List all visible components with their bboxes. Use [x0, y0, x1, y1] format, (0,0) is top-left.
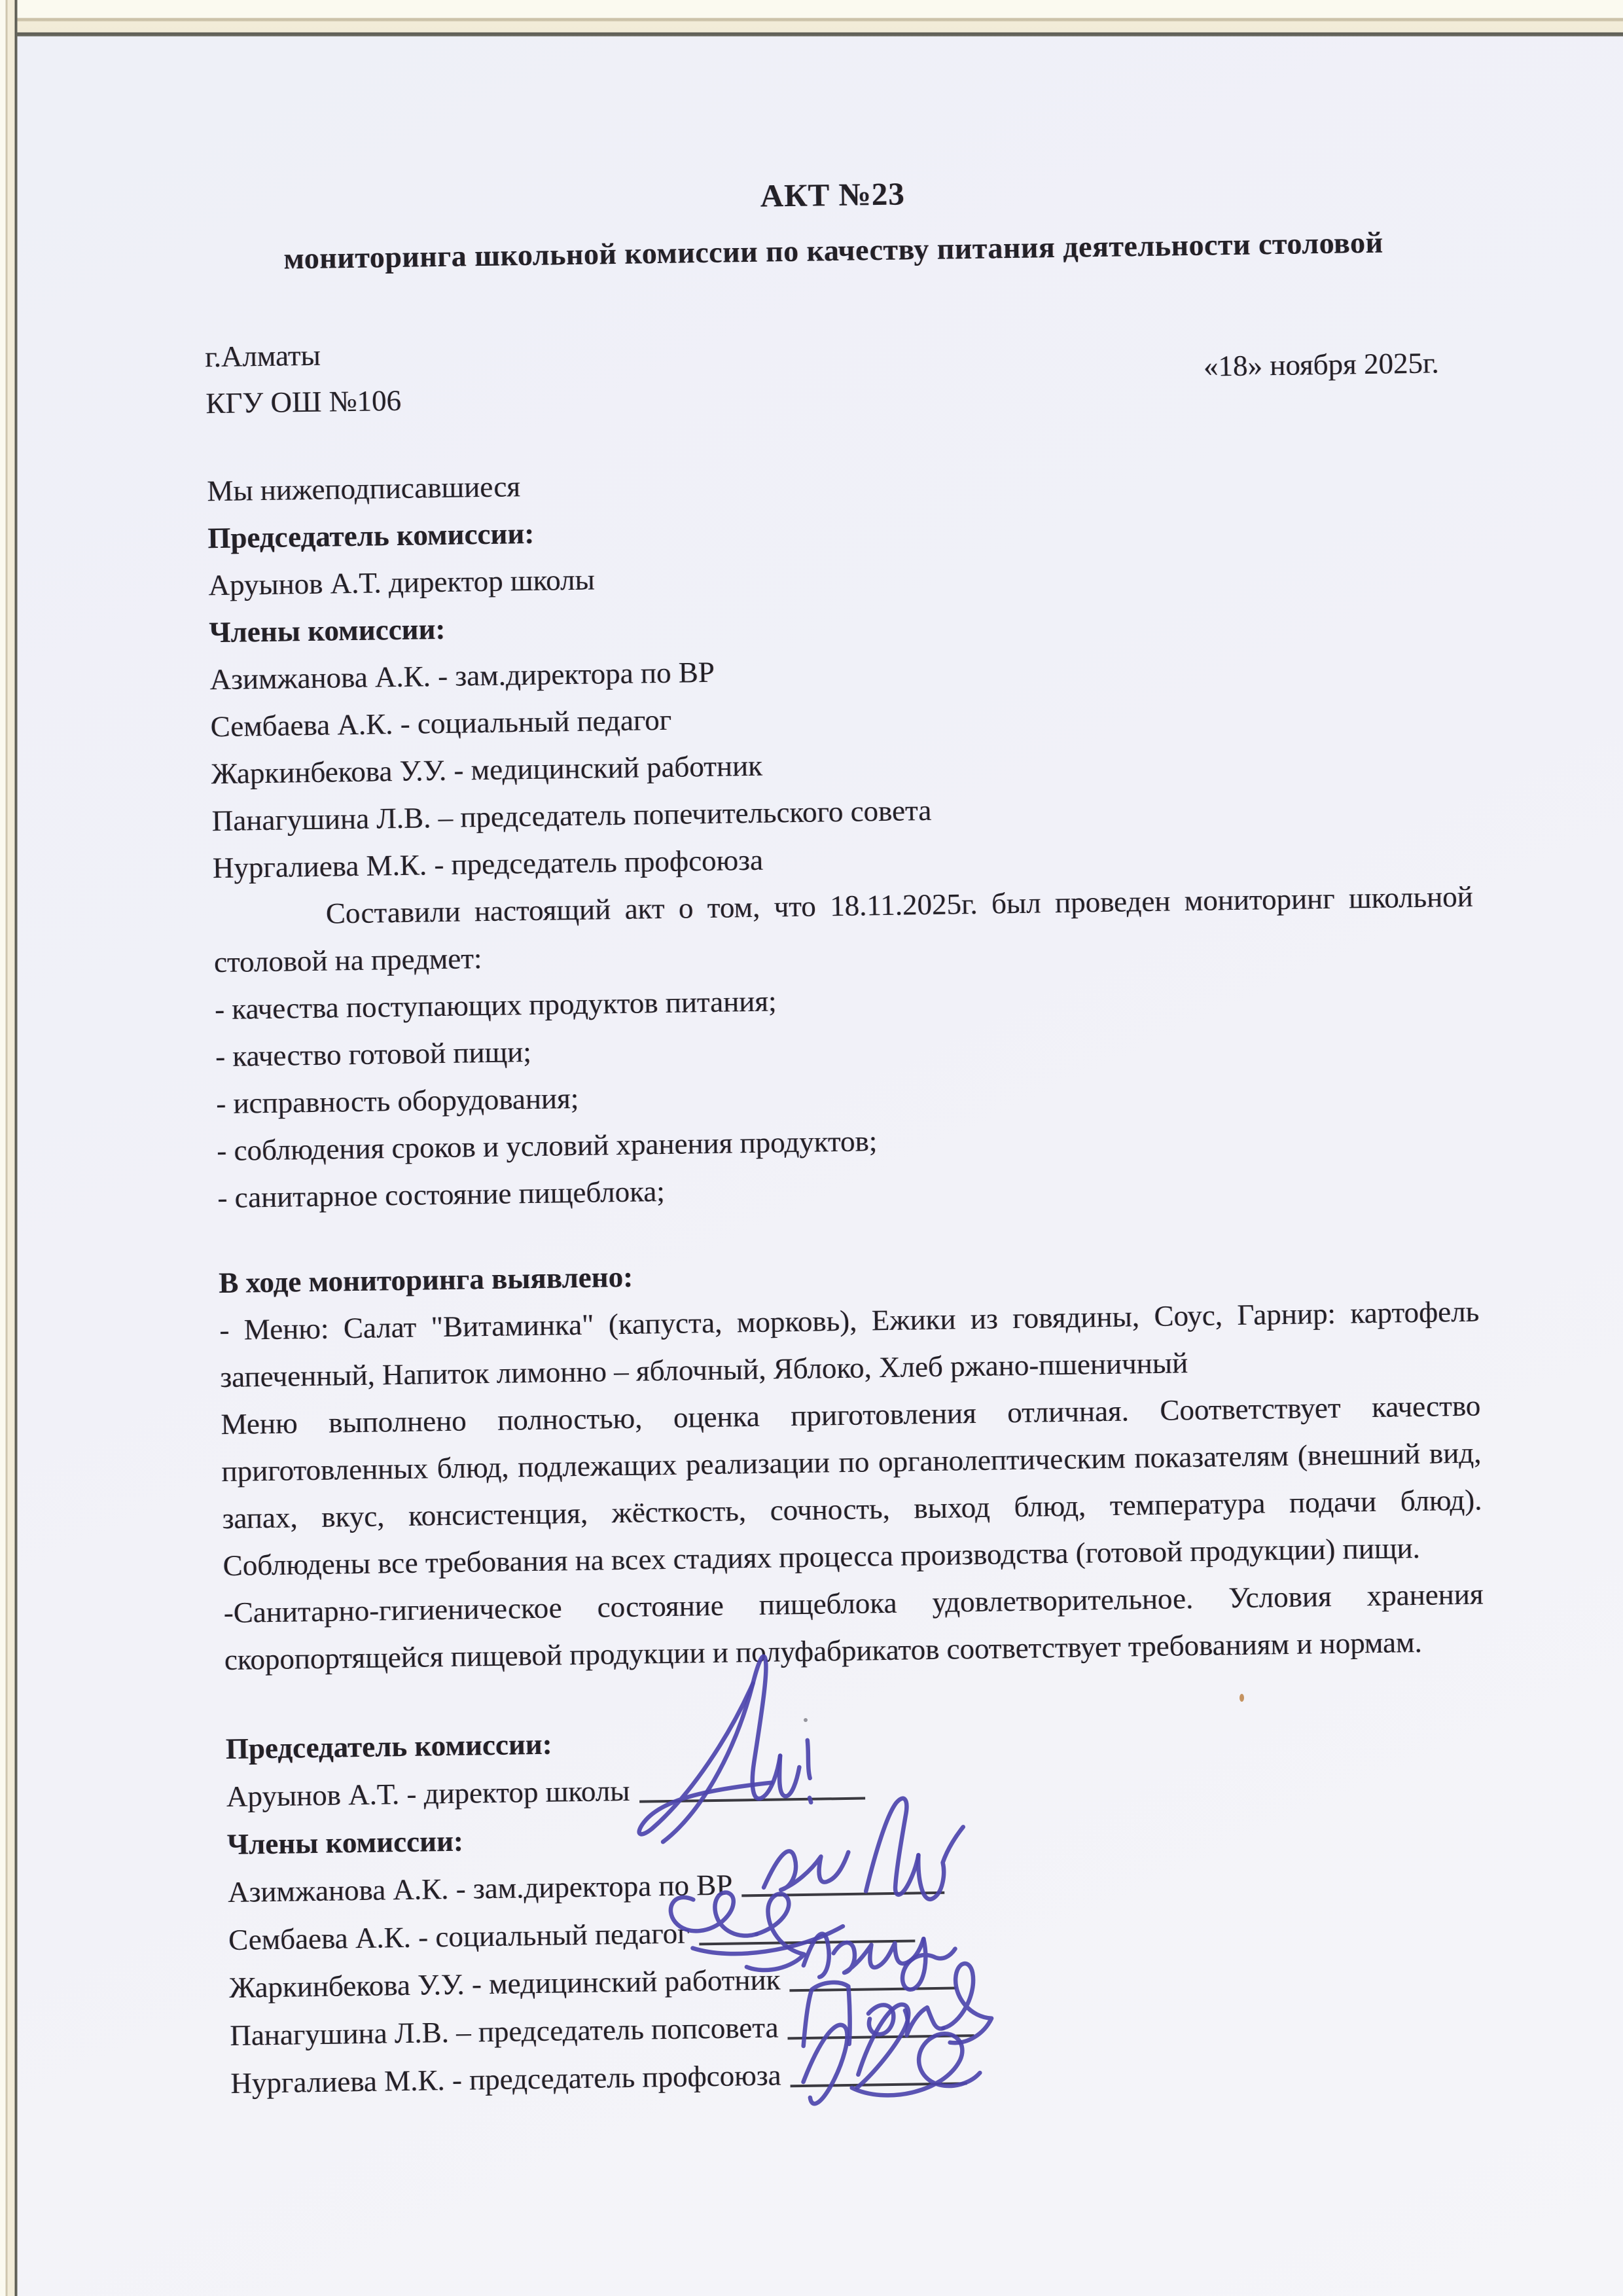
signature-blank-line: [790, 1982, 957, 1992]
intro-section: Мы нижеподписавшиеся Председатель комисс…: [207, 449, 1472, 891]
signature-label: Нургалиева М.К. - председатель профсоюза: [230, 2059, 781, 2100]
signatures-section: Председатель комиссии: Аруынов А.Т. - ди…: [225, 1706, 1490, 2107]
document-body: АКТ №23 мониторинга школьной комиссии по…: [202, 166, 1490, 2108]
composed-paragraph: Составили настоящий акт о том, что 18.11…: [213, 873, 1474, 986]
meta-row: г.Алматы КГУ ОШ №106 «18» ноября 2025г.: [205, 315, 1466, 427]
document-subtitle: мониторинга школьной комиссии по качеств…: [204, 223, 1464, 279]
signature-label: Панагушина Л.В. – председатель попсовета: [230, 2011, 779, 2052]
signature-label: Жаркинбекова У.У. - медицинский работник: [229, 1964, 781, 2004]
scanned-page: АКТ №23 мониторинга школьной комиссии по…: [0, 0, 1623, 2296]
findings-quality-paragraph: Меню выполнено полностью, оценка пригото…: [221, 1382, 1483, 1590]
signature-blank-line: [699, 1934, 915, 1945]
signature-blank-line: [741, 1886, 944, 1897]
document-title: АКТ №23: [202, 166, 1463, 224]
signature-label: Сембаева А.К. - социальный педагог: [228, 1917, 690, 1956]
signature-blank-line: [639, 1792, 865, 1803]
date-line: «18» ноября 2025г.: [1203, 315, 1466, 412]
organization-line: КГУ ОШ №106: [205, 378, 402, 427]
monitoring-subjects-list: - качества поступающих продуктов питания…: [215, 967, 1478, 1222]
signature-blank-line: [788, 2029, 974, 2039]
findings-sanitary-paragraph: -Санитарно-гигиеническое состояние пищеб…: [223, 1571, 1484, 1684]
signature-label: Аруынов А.Т. - директор школы: [226, 1774, 630, 1813]
signature-label: Азимжанова А.К. - зам.директора по ВР: [228, 1869, 733, 1909]
city-line: г.Алматы: [205, 331, 401, 380]
scanner-edge-top: [0, 0, 1623, 37]
scan-speck: [804, 1718, 808, 1722]
meta-left: г.Алматы КГУ ОШ №106: [205, 331, 402, 427]
signature-blank-line: [791, 2077, 967, 2087]
findings-menu-paragraph: - Меню: Салат "Витаминка" (капуста, морк…: [219, 1288, 1480, 1401]
scanner-edge-left: [0, 0, 18, 2296]
scan-speck: [1240, 1694, 1244, 1702]
